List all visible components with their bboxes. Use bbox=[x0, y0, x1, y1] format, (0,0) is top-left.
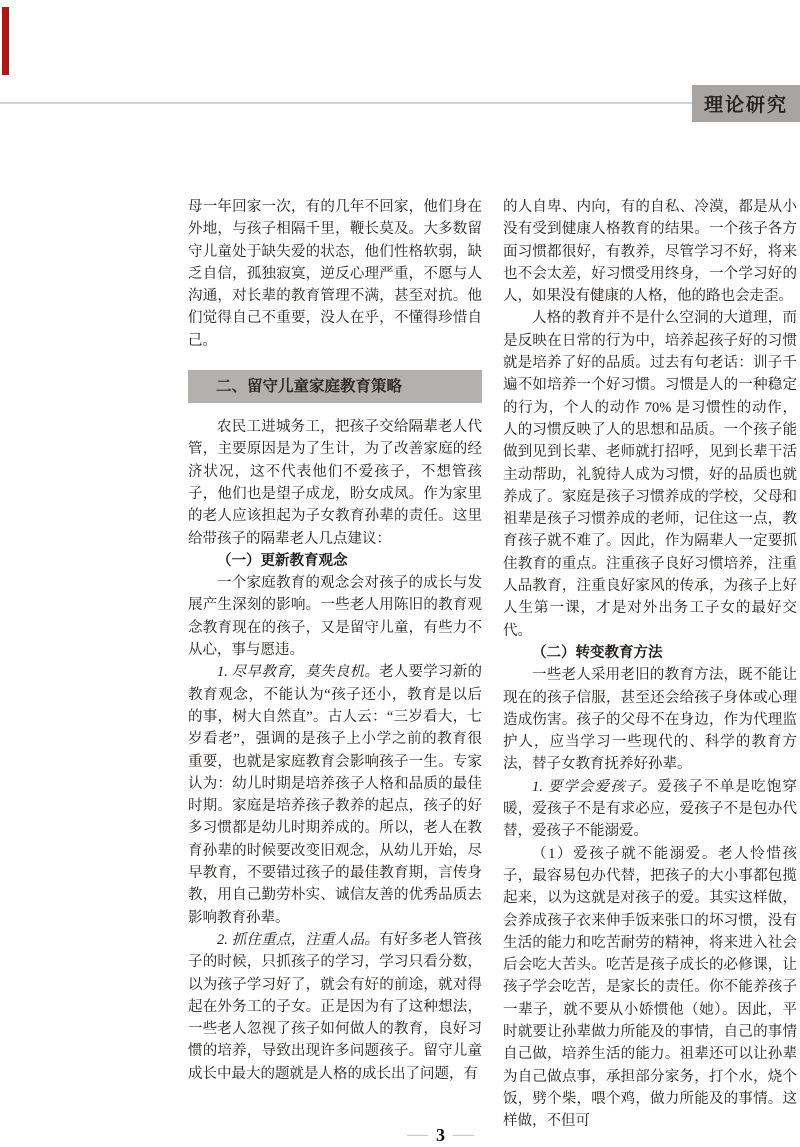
footer-dash-right: — bbox=[453, 1124, 474, 1146]
section-heading-label: 二、留守儿童家庭教育策略 bbox=[216, 378, 402, 395]
subsection-heading: （二）转变教育方法 bbox=[503, 642, 797, 664]
paragraph: （1）爱孩子就不能溺爱。老人怜惜孩子，最容易包办代替，把孩子的大小事都包揽起来，… bbox=[503, 843, 797, 1133]
numbered-point-lead: 1. 要学会爱孩子。 bbox=[532, 779, 657, 795]
paragraph-continuation: 的人自卑、内向，有的自私、冷漠，都是从小没有受到健康人格教育的结果。一个孩子各方… bbox=[503, 196, 797, 307]
left-column: 母一年回家一次，有的几年不回家，他们身在外地，与孩子相隔千里，鞭长莫及。大多数留… bbox=[188, 196, 482, 1132]
paragraph: 1. 要学会爱孩子。爱孩子不单是吃饱穿暖，爱孩子不是有求必应，爱孩子不是包办代替… bbox=[503, 776, 797, 843]
subsection-heading: （一）更新教育观念 bbox=[188, 550, 482, 572]
paragraph: 1. 尽早教育，莫失良机。老人要学习新的教育观念，不能认为“孩子还小，教育是以后… bbox=[188, 661, 482, 929]
paragraph-text: 老人要学习新的教育观念，不能认为“孩子还小，教育是以后的事，树大自然直”。古人云… bbox=[188, 664, 482, 925]
numbered-point-lead: 2. 抓住重点，注重人品。 bbox=[217, 932, 379, 948]
section-tag-label: 理论研究 bbox=[704, 90, 788, 117]
footer-dash-left: — bbox=[407, 1124, 428, 1146]
column-section-tag: 理论研究 bbox=[692, 85, 800, 122]
paragraph-continuation: 母一年回家一次，有的几年不回家，他们身在外地，与孩子相隔千里，鞭长莫及。大多数留… bbox=[188, 196, 482, 352]
paragraph: 人格的教育并不是什么空洞的大道理，而是反映在日常的行为中，培养起孩子好的习惯就是… bbox=[503, 307, 797, 641]
paragraph: 一些老人采用老旧的教育方法，既不能让现在的孩子信服，甚至还会给孩子身体或心理造成… bbox=[503, 664, 797, 775]
article-body: 母一年回家一次，有的几年不回家，他们身在外地，与孩子相隔千里，鞭长莫及。大多数留… bbox=[188, 196, 797, 1132]
paragraph-text: 有好多老人管孩子的时候，只抓孩子的学习，学习只看分数，以为孩子学习好了，就会有好… bbox=[188, 932, 482, 1082]
page-footer: — 3 — bbox=[410, 1124, 471, 1146]
page-number: 3 bbox=[436, 1125, 445, 1146]
journal-page: 理论研究 母一年回家一次，有的几年不回家，他们身在外地，与孩子相隔千里，鞭长莫及… bbox=[0, 0, 800, 1147]
paragraph: 2. 抓住重点，注重人品。有好多老人管孩子的时候，只抓孩子的学习，学习只看分数，… bbox=[188, 929, 482, 1085]
section-heading-box: 二、留守儿童家庭教育策略 bbox=[188, 370, 482, 403]
page-edge-red-mark bbox=[2, 7, 9, 75]
numbered-point-lead: 1. 尽早教育，莫失良机。 bbox=[217, 664, 379, 680]
header-divider-line bbox=[0, 102, 800, 104]
paragraph: 一个家庭教育的观念会对孩子的成长与发展产生深刻的影响。一些老人用陈旧的教育观念教… bbox=[188, 572, 482, 661]
right-column: 的人自卑、内向，有的自私、冷漠，都是从小没有受到健康人格教育的结果。一个孩子各方… bbox=[503, 196, 797, 1132]
paragraph: 农民工进城务工，把孩子交给隔辈老人代管，主要原因是为了生计，为了改善家庭的经济状… bbox=[188, 416, 482, 550]
